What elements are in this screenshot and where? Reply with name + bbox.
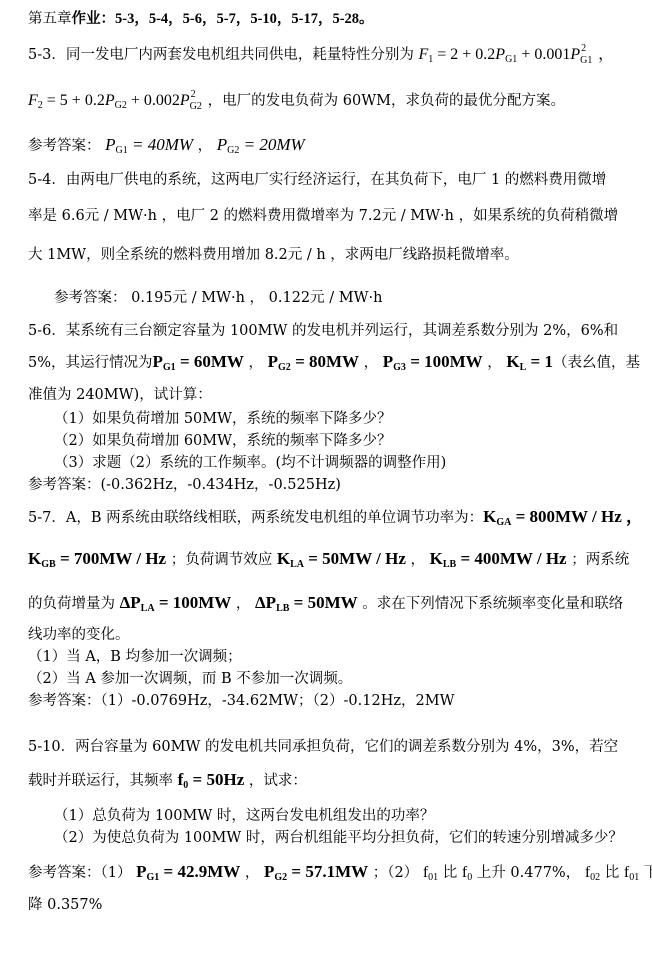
problem-text: 5-3．同一发电厂内两套发电机组共同供电，耗量特性分别为	[28, 47, 414, 63]
problem-5-4-line-1: 5-4．由两电厂供电的系统，这两电厂实行经济运行，在其负荷下，电厂 1 的燃料费…	[28, 170, 606, 190]
problem-5-6-line-1: 5-6．某系统有三台额定容量为 100MW 的发电机并列运行，其调差系数分别为 …	[28, 321, 618, 341]
problem-5-3-line-2: F2 = 5 + 0.2PG2 + 0.002P2G2 ，电厂的发电负荷为 60…	[28, 91, 565, 111]
answer-5-3: 参考答案： PG1 = 40MW ， PG2 = 20MW	[28, 135, 305, 156]
problem-5-4-line-3: 大 1MW，则全系统的燃料费用增加 8.2元 / h ，求两电厂线路损耗微增率。	[28, 245, 519, 265]
problem-text: ，电厂的发电负荷为 60WM，求负荷的最优分配方案。	[208, 93, 565, 109]
problem-5-10-line-1: 5-10．两台容量为 60MW 的发电机共同承担负荷，它们的调差系数分别为 4%…	[28, 737, 618, 757]
problem-5-7-line-3: 的负荷增量为 ΔPLA = 100MW ， ΔPLB = 50MW 。求在下列情…	[28, 593, 623, 614]
problem-5-7-line-4: 线功率的变化。	[28, 625, 130, 645]
question-5-6-2: （2）如果负荷增加 60MW，系统的频率下降多少？	[54, 431, 392, 451]
answer-5-10-line-1: 参考答案：（1） PG1 = 42.9MW ， PG2 = 57.1MW ；（2…	[28, 862, 652, 883]
page-title: 第五章作业：5-3，5-4，5-6，5-7，5-10，5-17，5-28。	[28, 9, 374, 29]
problem-5-7-line-2: KGB = 700MW / Hz ；负荷调节效应 KLA = 50MW / Hz…	[28, 549, 629, 570]
answer-5-4: 参考答案： 0.195元 / MW·h ， 0.122元 / MW·h	[54, 288, 382, 308]
title-bold: 作业：5-3，5-4，5-6，5-7，5-10，5-17，5-28。	[72, 11, 374, 27]
title-prefix: 第五章	[28, 11, 72, 27]
formula-f1: F1 = 2 + 0.2PG1 + 0.001P2G1 ，	[418, 46, 614, 63]
question-5-6-3: （3）求题（2）系统的工作频率。(均不计调频器的调整作用)	[54, 453, 446, 473]
problem-5-6-line-2: 5%，其运行情况为PG1 = 60MW ， PG2 = 80MW ， PG3 =…	[28, 352, 640, 373]
answer-5-7: 参考答案：（1）-0.0769Hz，-34.62MW；（2）-0.12Hz，2M…	[28, 691, 454, 711]
question-5-7-1: （1）当 A，B 均参加一次调频；	[28, 647, 242, 667]
question-5-6-1: （1）如果负荷增加 50MW，系统的频率下降多少？	[54, 409, 392, 429]
problem-5-7-line-1: 5-7．A，B 两系统由联络线相联，两系统发电机组的单位调节功率为：KGA = …	[28, 507, 643, 528]
problem-5-4-line-2: 率是 6.6元 / MW·h ，电厂 2 的燃料费用微增率为 7.2元 / MW…	[28, 206, 618, 226]
question-5-7-2: （2）当 A 参加一次调频，而 B 不参加一次调频。	[28, 669, 352, 689]
problem-5-6-line-3: 准值为 240MW)，试计算：	[28, 385, 212, 405]
problem-5-3-line-1: 5-3．同一发电厂内两套发电机组共同供电，耗量特性分别为 F1 = 2 + 0.…	[28, 45, 614, 65]
question-5-10-1: （1）总负荷为 100MW 时，这两台发电机组发出的功率？	[54, 806, 434, 826]
problem-5-10-line-2: 载时并联运行，其频率 f0 = 50Hz ，试求：	[28, 770, 307, 791]
question-5-10-2: （2）为使总负荷为 100MW 时，两台机组能平均分担负荷，它们的转速分别增减多…	[54, 828, 623, 848]
formula-f2: F2 = 5 + 0.2PG2 + 0.002P2G2	[28, 92, 208, 109]
answer-5-10-line-2: 降 0.357%	[28, 895, 102, 915]
answer-5-6: 参考答案：(-0.362Hz，-0.434Hz，-0.525Hz)	[28, 475, 341, 495]
